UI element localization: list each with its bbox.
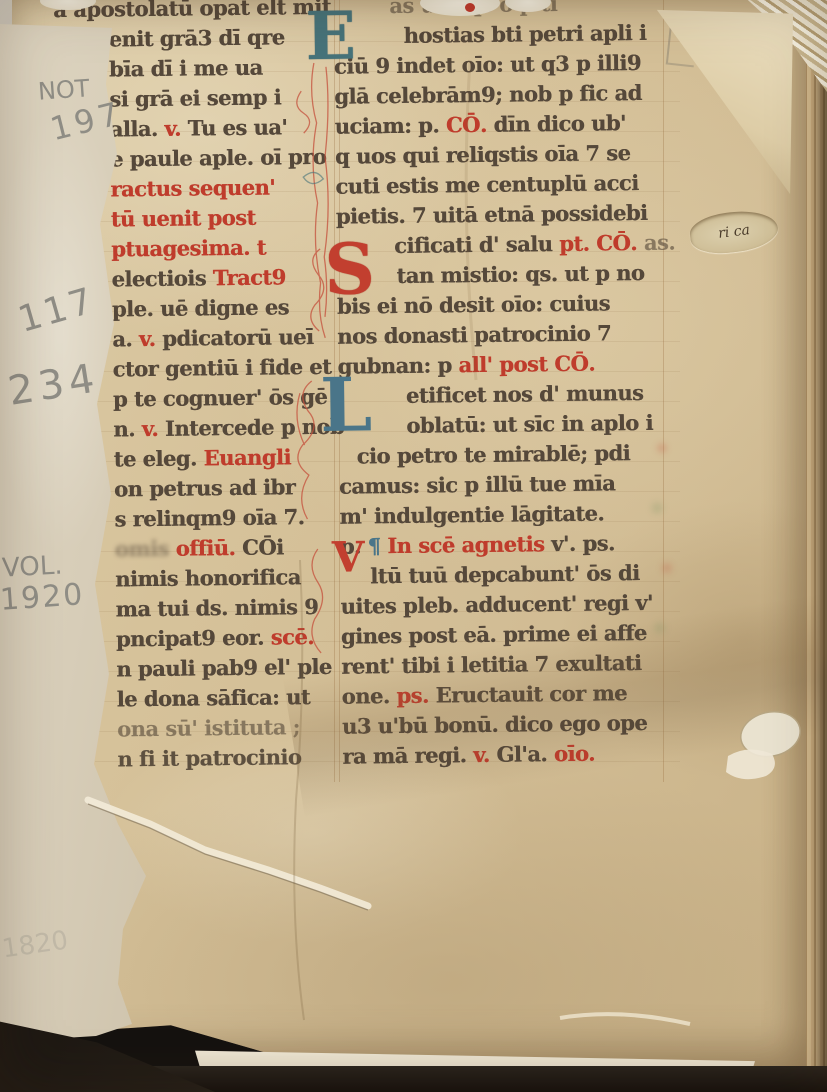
- text-segment-blue: ¶: [367, 533, 387, 558]
- decorated-initial-S: S: [324, 234, 375, 305]
- manuscript-line: n fi it patrocinio: [62, 742, 342, 775]
- decorated-initial-E: E: [305, 2, 356, 69]
- text-segment-dim: n fi it patrocinio: [117, 744, 301, 771]
- text-segment-ink: etificet nos d' munus: [406, 380, 644, 408]
- text-segment-red: tū uenit post: [111, 205, 256, 232]
- text-segment-smudge: omis: [115, 536, 176, 562]
- text-segment-red: all' post CŌ.: [458, 351, 595, 378]
- manuscript-line: bis ei nō desit oīo: cuius: [337, 288, 669, 322]
- decorated-initial-V: V: [332, 536, 365, 578]
- text-segment-ink: ltū tuū depcabunt' ōs di: [370, 560, 640, 588]
- text-segment-ink: camus: sic p illū tue mīa: [339, 470, 615, 498]
- manuscript-line: u3 u'bū bonū. dico ego ope: [342, 708, 674, 742]
- text-segment-red: v.: [164, 116, 188, 141]
- manuscript-line: nimis honorifica: [60, 562, 340, 595]
- text-segment-ink: s relinqm9 oīa 7.: [114, 504, 304, 531]
- text-segment-red: v.: [473, 742, 497, 767]
- text-segment-ink: gines post eā. prime ei affe: [341, 620, 647, 649]
- text-segment-red: ractus sequen': [110, 174, 275, 201]
- manuscript-line: cio petro te mirablē; pdi: [339, 438, 671, 472]
- manuscript-line: nos donasti patrocinio 7: [337, 318, 669, 352]
- text-segment-ink: nos donasti patrocinio 7: [337, 320, 611, 348]
- text-segment-ink: te eleg.: [114, 445, 204, 471]
- manuscript-line: a apostolatū opat elt mit: [53, 0, 333, 25]
- manuscript-line: uciam: p. CŌ. dīn dico ub': [334, 108, 666, 142]
- text-segment-ink: on petrus ad ibr: [114, 474, 295, 501]
- manuscript-line: pietis. 7 uitā etnā possidebi: [336, 198, 668, 232]
- red-wax-dot: [465, 3, 475, 12]
- manuscript-line: cificati d' salu pt. CŌ. as.: [336, 228, 668, 262]
- text-segment-ink: one.: [341, 683, 396, 709]
- text-segment-ink: bīa dī i me ua: [109, 55, 263, 82]
- text-segment-red: ps.: [396, 683, 435, 708]
- manuscript-line: etificet nos d' munus: [338, 378, 670, 412]
- text-segment-ink: e paule aple. oī pro: [110, 144, 326, 172]
- text-segment-ink: a.: [112, 326, 139, 351]
- text-segment-red: CŌ.: [446, 112, 494, 138]
- right-column: as uos qs o p tihostias bti petri apli i…: [333, 0, 675, 772]
- text-segment-ink: dīn dico ub': [493, 110, 626, 137]
- manuscript-line: p. ¶ In scē agnetis v'. ps.: [340, 528, 672, 562]
- text-segment-red: v.: [139, 326, 163, 351]
- text-segment-faded: ona sū' istituta ;: [117, 714, 300, 741]
- manuscript-line: camus: sic p illū tue mīa: [339, 468, 671, 502]
- manuscript-line: ltū tuū depcabunt' ōs di: [340, 558, 672, 592]
- text-segment-red: pt. CŌ.: [559, 230, 644, 256]
- decorated-initial-L: L: [320, 368, 373, 443]
- manuscript-line: glā celebrām9; nob p fic ad: [334, 78, 666, 112]
- manuscript-line: uites pleb. adducent' regi v': [340, 588, 672, 622]
- text-segment-ink: cificati d' salu: [394, 231, 559, 258]
- manuscript-line: ma tui ds. nimis 9: [60, 592, 340, 625]
- text-segment-ink: rent' tibi i letitia 7 exultati: [341, 650, 642, 679]
- text-segment-ink: p te cognuer' ōs gē: [113, 384, 328, 412]
- text-segment-ink: u3 u'bū bonū. dico ego ope: [342, 710, 647, 739]
- manuscript-line: ciū 9 indet oīo: ut q3 p illi9: [334, 48, 666, 82]
- text-segment-ink: hostias bti petri apli i: [403, 20, 646, 48]
- text-segment-ink: n.: [113, 416, 142, 441]
- text-segment-ink: n pauli pab9 el' ple: [116, 654, 332, 682]
- text-segment-ink: pdicatorū ueī: [162, 324, 313, 351]
- text-segment-ink: electiois: [111, 265, 213, 291]
- text-segment-ink: pncipat9 eor.: [116, 625, 271, 652]
- text-segment-ink: CŌi: [242, 534, 284, 560]
- text-segment-faded: as.: [644, 230, 676, 255]
- text-segment-red: scē.: [270, 624, 314, 650]
- text-segment-ink: ciū 9 indet oīo: ut q3 p illi9: [334, 50, 641, 79]
- text-segment-ink: enit grā3 dī qre: [108, 24, 284, 51]
- manuscript-line: one. ps. Eructauit cor me: [341, 678, 673, 712]
- manuscript-line: tan mistio: qs. ut p no: [336, 258, 668, 292]
- text-segment-ink: pietis. 7 uitā etnā possidebi: [336, 200, 648, 229]
- text-segment-red: In scē agnetis: [387, 531, 551, 558]
- manuscript-line: cuti estis me centuplū acci: [335, 168, 667, 202]
- text-segment-ink: nimis honorifica: [115, 564, 301, 591]
- text-segment-ink: tan mistio: qs. ut p no: [396, 260, 644, 288]
- manuscript-line: ra mā regi. v. Gl'a. oīo.: [342, 738, 674, 772]
- text-segment-ink: cuti estis me centuplū acci: [335, 170, 639, 199]
- text-segment-ink: ple. uē digne es: [112, 294, 289, 321]
- text-segment-ink: Intercede p nob: [165, 414, 344, 441]
- manuscript-line: q uos qui reliqstis oīa 7 se: [335, 138, 667, 172]
- text-segment-ink: uites pleb. adducent' regi v': [340, 590, 653, 619]
- text-segment-ink: uciam: p.: [334, 112, 446, 138]
- text-segment-ink: si grā ei semp i: [109, 84, 281, 111]
- manuscript-line: ona sū' istituta ;: [62, 712, 342, 745]
- text-segment-ink: glā celebrām9; nob p fic ad: [334, 80, 642, 109]
- manuscript-line: m' indulgentie lāgitate.: [339, 498, 671, 532]
- text-segment-ink: ra mā regi.: [342, 742, 473, 769]
- manuscript-line: oblatū: ut sīc in aplo i: [338, 408, 670, 442]
- text-segment-red: Tract9: [213, 264, 286, 290]
- manuscript-line: gines post eā. prime ei affe: [341, 618, 673, 652]
- text-segment-ink: ma tui ds. nimis 9: [115, 594, 318, 621]
- text-segment-ink: ctor gentiū i fide et: [112, 354, 331, 382]
- manuscript-line: rent' tibi i letitia 7 exultati: [341, 648, 673, 682]
- text-segment-red: Euangli: [203, 444, 291, 470]
- manuscript-line: gubnan: p all' post CŌ.: [337, 348, 669, 382]
- text-segment-ink: q uos qui reliqstis oīa 7 se: [335, 140, 631, 169]
- text-segment-ink: le dona sāfica: ut: [116, 684, 310, 711]
- text-segment-red: ptuagesima. t: [111, 235, 266, 262]
- pencil-annotation-1920: 1920: [0, 577, 85, 618]
- text-segment-ink: oblatū: ut sīc in aplo i: [406, 410, 653, 438]
- pencil-annotation-not: NOT: [37, 74, 90, 106]
- text-segment-red: oīo.: [554, 741, 595, 766]
- manuscript-photo: a apostolatū opat elt mitenit grā3 dī qr…: [0, 0, 827, 1092]
- text-segment-ink: Tu es ua': [188, 114, 288, 140]
- text-segment-ink: cio petro te mirablē; pdi: [357, 440, 631, 468]
- text-segment-ink: Eructauit cor me: [435, 680, 627, 707]
- hole-script-text: ri ca: [717, 222, 751, 242]
- text-segment-ink: bis ei nō desit oīo: cuius: [337, 290, 610, 318]
- text-segment-ink: v'. ps.: [551, 530, 615, 556]
- text-segment-red: offiū.: [175, 535, 242, 561]
- text-segment-ink: Gl'a.: [496, 741, 554, 767]
- manuscript-line: hostias bti petri apli i: [333, 18, 665, 52]
- text-segment-ink: m' indulgentie lāgitate.: [339, 500, 604, 528]
- text-segment-red: v.: [142, 416, 166, 441]
